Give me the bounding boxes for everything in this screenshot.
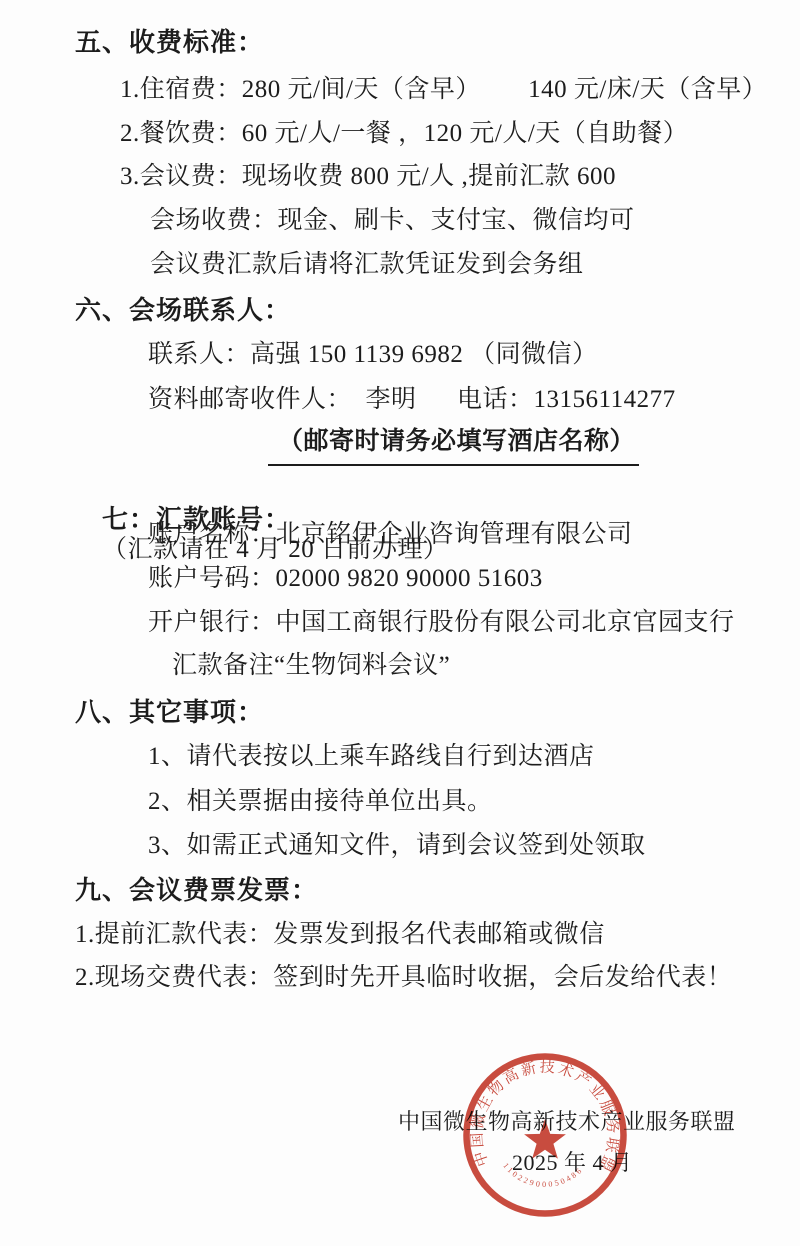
invoice-item-onsite: 2.现场交费代表：签到时先开具临时收据，会后发给代表！ (75, 964, 732, 993)
fee-note-payment-methods: 会场收费：现金、刷卡、支付宝、微信均可 (150, 207, 635, 236)
account-name-line: 账户名称：北京铭伊企业咨询管理有限公司 (148, 521, 633, 550)
fee-item-meals: 2.餐饮费：60 元/人/一餐 ，120 元/人/天（自助餐） (120, 120, 688, 149)
section-other-heading: 八、其它事项： (75, 698, 264, 728)
official-seal-stamp: 中国微生物高新技术产业服务联盟 11022900050486 (461, 1051, 629, 1219)
star-icon (524, 1119, 566, 1159)
contact-person-line: 联系人：高强 150 1139 6982 （同微信） (148, 341, 598, 370)
account-number-line: 账户号码：02000 9820 90000 51603 (148, 565, 543, 594)
other-item-documents: 3、如需正式通知文件，请到会议签到处领取 (148, 832, 646, 861)
seal-serial-number: 11022900050486 (501, 1161, 585, 1189)
other-item-receipts: 2、相关票据由接待单位出具。 (148, 788, 493, 817)
section-fees-heading: 五、收费标准： (75, 28, 264, 58)
conference-notice-page: 五、收费标准： 1.住宿费：280 元/间/天（含早） 140 元/床/天（含早… (0, 0, 800, 1246)
fee-item-lodging: 1.住宿费：280 元/间/天（含早） 140 元/床/天（含早） (120, 76, 767, 105)
other-item-transport: 1、请代表按以上乘车路线自行到达酒店 (148, 743, 595, 772)
fee-item-conference: 3.会议费：现场收费 800 元/人 ,提前汇款 600 (120, 163, 616, 192)
mail-recipient-line: 资料邮寄收件人： 李明 电话：13156114277 (148, 386, 676, 415)
section-invoice-heading: 九、会议费票发票： (75, 876, 318, 906)
invoice-item-prepaid: 1.提前汇款代表：发票发到报名代表邮箱或微信 (75, 921, 605, 950)
fee-note-voucher: 会议费汇款后请将汇款凭证发到会务组 (150, 251, 584, 280)
mail-note-underlined: （邮寄时请务必填写酒店名称） (268, 428, 639, 466)
section-contacts-heading: 六、会场联系人： (75, 296, 291, 326)
bank-line: 开户银行：中国工商银行股份有限公司北京官园支行 (148, 609, 735, 638)
remittance-memo-line: 汇款备注“生物饲料会议” (172, 652, 450, 681)
